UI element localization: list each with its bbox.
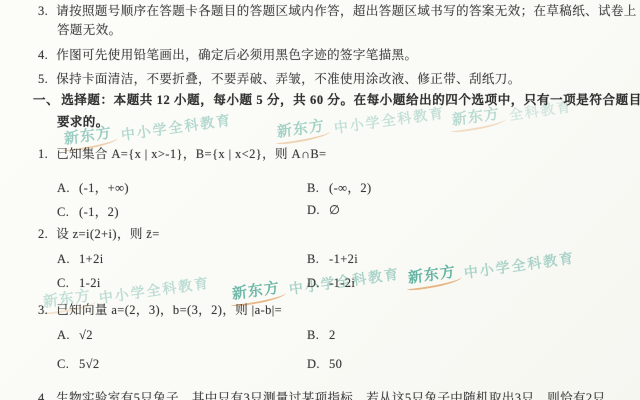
question-4-stem-cutoff: 4.生物实验室有5只兔子，其中只有3只测量过某项指标，若从这5只兔子中随机取出3… [38,391,605,400]
question-4-text: 生物实验室有5只兔子，其中只有3只测量过某项指标，若从这5只兔子中随机取出3只，… [56,391,605,400]
question-4-number: 4. [38,391,48,400]
question-2-number: 2. [38,227,48,241]
section-heading-line-1: 一、选择题：本题共 12 小题，每小题 5 分，共 60 分。在每小题给出的四个… [33,93,640,107]
watermark-brand: 新东方 [276,114,326,141]
note-5: 5.保持卡面清洁，不要折叠，不要弄破、弄皱，不准使用涂改液、修正带、刮纸刀。 [38,72,521,86]
exam-paper-page: 新东方 中小学全科教育 新东方 中小学全科教育 新东方 全科教育 新东方 中小学… [0,0,640,400]
note-3-line-2: 答题无效。 [57,23,122,37]
question-3-option-c: C.5√2 [57,357,100,372]
question-3-text: 已知向量 a=(2，3)，b=(3，2)，则 |a-b|= [56,303,282,317]
note-3-number: 3. [38,4,48,18]
question-1-number: 1. [38,147,48,161]
question-1-option-d: D.∅ [307,202,340,218]
watermark-tagline: 中小学全科教育 [120,110,234,145]
watermark-brand: 新东方 [231,276,281,303]
section-heading-text: 选择题：本题共 12 小题，每小题 5 分，共 60 分。在每小题给出的四个选项… [61,93,640,107]
question-2-option-a: A.1+2i [57,252,104,267]
question-1-stem: 1.已知集合 A={x | x>-1}，B={x | x<2}，则 A∩B= [38,147,327,161]
watermark-tagline: 中小学全科教育 [333,103,447,138]
question-3-option-a: A.√2 [57,328,93,343]
question-2-option-c: C.1-2i [57,276,101,291]
question-3-stem: 3.已知向量 a=(2，3)，b=(3，2)，则 |a-b|= [38,303,282,317]
question-3-number: 3. [38,303,48,317]
note-4-number: 4. [38,48,48,62]
question-2-option-b: B.-1+2i [307,252,358,267]
watermark-brand: 新东方 [407,260,457,287]
note-4: 4.作图可先使用铅笔画出，确定后必须用黑色字迹的签字笔描黑。 [38,48,417,62]
note-4-text: 作图可先使用铅笔画出，确定后必须用黑色字迹的签字笔描黑。 [56,48,417,62]
note-5-number: 5. [38,72,48,86]
note-5-text: 保持卡面清洁，不要折叠，不要弄破、弄皱，不准使用涂改液、修正带、刮纸刀。 [56,72,520,86]
question-2-text: 设 z=i(2+i)，则 z̄= [56,227,160,241]
question-3-option-d: D.50 [307,357,342,372]
question-2-option-d: D.-1-2i [307,276,355,291]
note-3-line-1: 3.请按照题号顺序在答题卡各题目的答题区域内作答，超出答题区域书写的答案无效；在… [38,4,637,18]
question-1-option-b: B.(-∞，2) [307,178,372,196]
question-1-option-a: A.(-1，+∞) [57,178,129,196]
note-3-text: 请按照题号顺序在答题卡各题目的答题区域内作答，超出答题区域书写的答案无效；在草稿… [56,4,637,18]
question-3-option-b: B.2 [307,328,336,343]
section-heading-line-2: 要求的。 [57,115,109,129]
question-1-text: 已知集合 A={x | x>-1}，B={x | x<2}，则 A∩B= [56,147,326,161]
question-1-option-c: C.(-1，2) [57,202,119,220]
section-number: 一、 [33,93,59,107]
question-2-stem: 2.设 z=i(2+i)，则 z̄= [38,227,160,241]
watermark-tagline: 中小学全科教育 [463,248,577,283]
